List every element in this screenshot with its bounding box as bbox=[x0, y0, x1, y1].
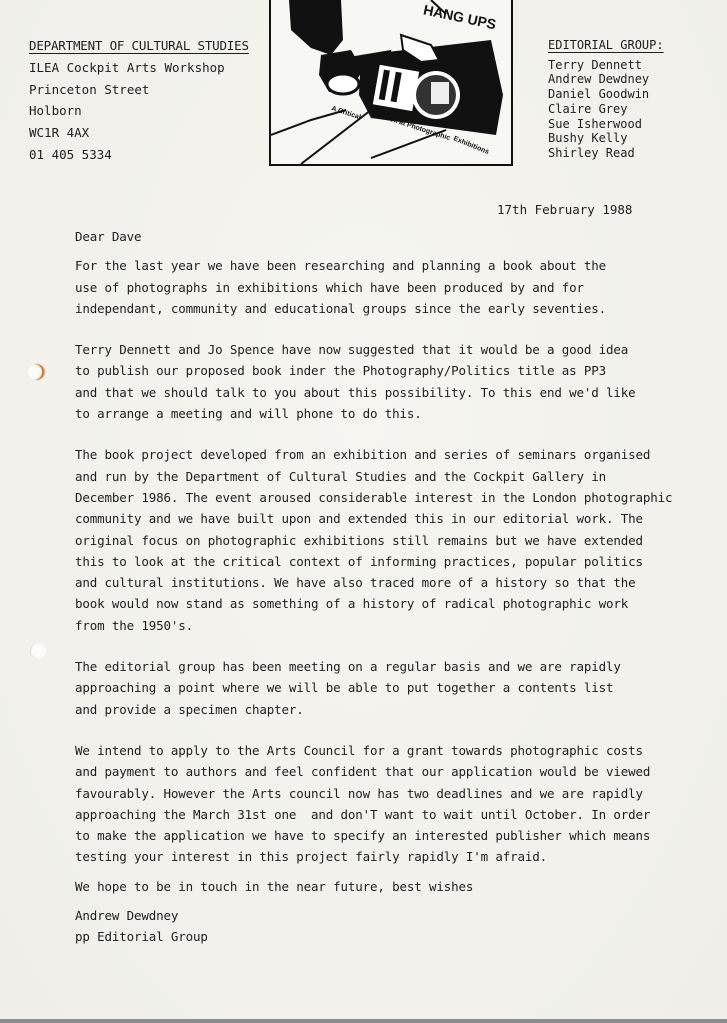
text-line: and cultural institutions. We have also … bbox=[75, 572, 675, 593]
text-line: and that we should talk to you about thi… bbox=[75, 382, 675, 403]
letter-page: DEPARTMENT OF CULTURAL STUDIES ILEA Cock… bbox=[0, 0, 727, 1023]
text-line: book would now stand as something of a h… bbox=[75, 593, 675, 614]
text-line: We intend to apply to the Arts Council f… bbox=[75, 740, 675, 761]
address-line: WC1R 4AX bbox=[29, 122, 249, 144]
text-line: and provide a specimen chapter. bbox=[75, 699, 675, 720]
text-line: favourably. However the Arts council now… bbox=[75, 783, 675, 804]
text-line: December 1986. The event aroused conside… bbox=[75, 487, 675, 508]
text-line: Terry Dennett and Jo Spence have now sug… bbox=[75, 339, 675, 360]
hang-ups-logo: HANG UPS A Critical Look at Photographic… bbox=[269, 0, 513, 166]
phone-number: 01 405 5334 bbox=[29, 144, 249, 166]
member-name: Andrew Dewdney bbox=[548, 72, 664, 87]
signature-name: Andrew Dewdney bbox=[75, 905, 675, 926]
text-line: For the last year we have been researchi… bbox=[75, 255, 675, 276]
text-line: to publish our proposed book inder the P… bbox=[75, 360, 675, 381]
paragraph-2: Terry Dennett and Jo Spence have now sug… bbox=[75, 339, 675, 424]
member-name: Claire Grey bbox=[548, 102, 664, 117]
paragraph-5: We intend to apply to the Arts Council f… bbox=[75, 740, 675, 868]
address-line: Holborn bbox=[29, 100, 249, 122]
text-line: approaching a point where we will be abl… bbox=[75, 677, 675, 698]
logo-title: HANG UPS bbox=[422, 1, 498, 32]
member-name: Sue Isherwood bbox=[548, 117, 664, 132]
member-name: Bushy Kelly bbox=[548, 131, 664, 146]
department-address-block: DEPARTMENT OF CULTURAL STUDIES ILEA Cock… bbox=[29, 35, 249, 166]
department-heading: DEPARTMENT OF CULTURAL STUDIES bbox=[29, 35, 249, 57]
address-line: Princeton Street bbox=[29, 79, 249, 101]
letter-body: Dear Dave For the last year we have been… bbox=[75, 226, 675, 948]
punch-hole bbox=[28, 364, 44, 380]
editorial-group-block: EDITORIAL GROUP: Terry Dennett Andrew De… bbox=[548, 38, 664, 161]
text-line: independant, community and educational g… bbox=[75, 298, 675, 319]
text-line: and run by the Department of Cultural St… bbox=[75, 466, 675, 487]
paragraph-4: The editorial group has been meeting on … bbox=[75, 656, 675, 720]
logo-subtitle-1: A Critical bbox=[330, 105, 361, 121]
text-line: use of photographs in exhibitions which … bbox=[75, 277, 675, 298]
paragraph-3: The book project developed from an exhib… bbox=[75, 444, 675, 636]
text-line: to make the application we have to speci… bbox=[75, 825, 675, 846]
editorial-group-heading: EDITORIAL GROUP: bbox=[548, 38, 664, 53]
logo-subtitle-3: Exhibitions bbox=[452, 135, 490, 156]
text-line: testing your interest in this project fa… bbox=[75, 846, 675, 867]
logo-illustration: HANG UPS A Critical Look at Photographic… bbox=[271, 0, 511, 164]
text-line: original focus on photographic exhibitio… bbox=[75, 530, 675, 551]
text-line: community and we have built upon and ext… bbox=[75, 508, 675, 529]
page-edge bbox=[0, 1019, 727, 1023]
punch-hole bbox=[30, 643, 46, 659]
text-line: The book project developed from an exhib… bbox=[75, 444, 675, 465]
text-line: and payment to authors and feel confiden… bbox=[75, 761, 675, 782]
closing-line: We hope to be in touch in the near futur… bbox=[75, 876, 675, 897]
text-line: to arrange a meeting and will phone to d… bbox=[75, 403, 675, 424]
member-name: Daniel Goodwin bbox=[548, 87, 664, 102]
member-name: Terry Dennett bbox=[548, 58, 664, 73]
text-line: this to look at the critical context of … bbox=[75, 551, 675, 572]
text-line: The editorial group has been meeting on … bbox=[75, 656, 675, 677]
salutation: Dear Dave bbox=[75, 226, 675, 247]
paragraph-1: For the last year we have been researchi… bbox=[75, 255, 675, 319]
address-line: ILEA Cockpit Arts Workshop bbox=[29, 57, 249, 79]
text-line: from the 1950's. bbox=[75, 615, 675, 636]
signature-role: pp Editorial Group bbox=[75, 926, 675, 947]
member-name: Shirley Read bbox=[548, 146, 664, 161]
letter-date: 17th February 1988 bbox=[497, 202, 632, 217]
text-line: approaching the March 31st one and don'T… bbox=[75, 804, 675, 825]
